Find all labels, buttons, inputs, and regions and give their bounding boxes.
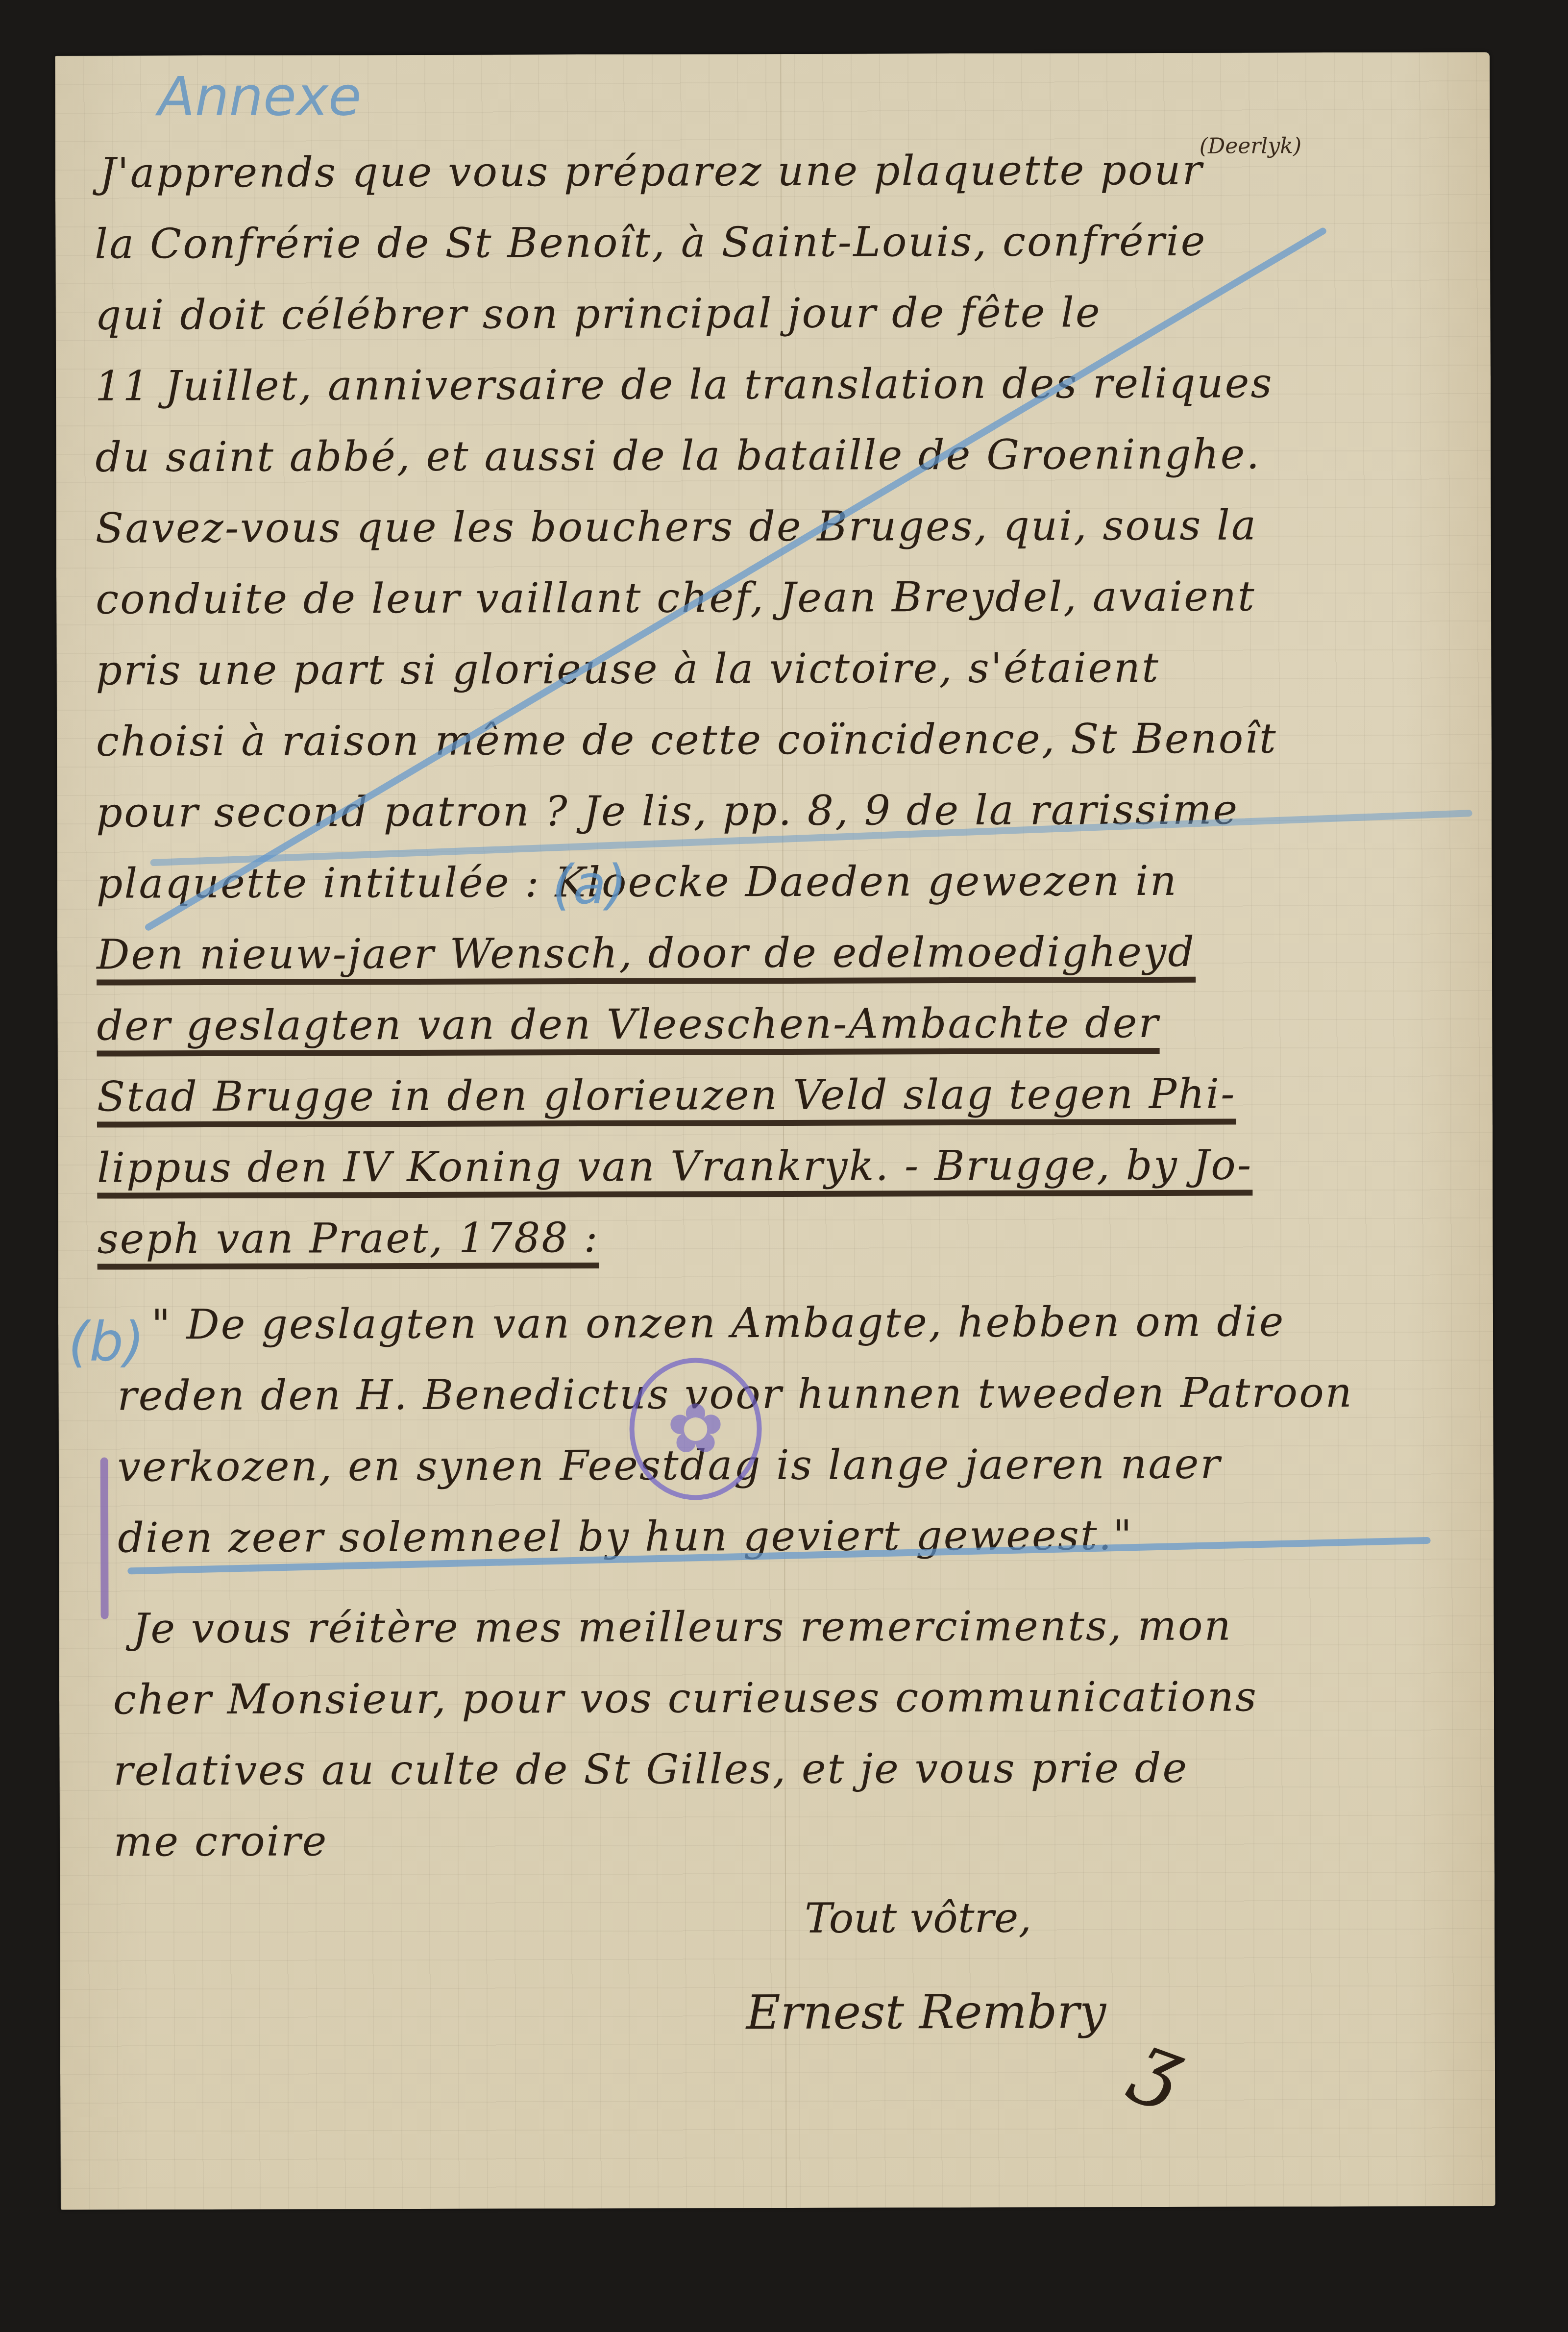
margin-mark-b: (b): [68, 1310, 145, 1373]
signature: Ernest Rembry: [746, 1984, 1106, 2040]
purple-margin-mark: [100, 1458, 109, 1619]
title-line-4: lippus den IV Koning van Vrankryk. - Bru…: [97, 1141, 1252, 1191]
interlinear-note: (Deerlyk): [1200, 133, 1301, 159]
title-line-2: der geslagten van den Vleeschen-Ambachte…: [97, 999, 1159, 1050]
valediction: Tout vôtre,: [805, 1894, 1031, 1942]
closing-line-3: relatives au culte de St Gilles, et je v…: [113, 1744, 1188, 1795]
margin-mark-a: (a): [552, 853, 628, 916]
annexe-annotation: Annexe: [158, 65, 361, 128]
letter-page: Annexe (Deerlyk) J'apprends que vous pré…: [55, 52, 1495, 2210]
closing-line-1: Je vous réitère mes meilleurs remercimen…: [133, 1602, 1232, 1653]
quote-line-1: " De geslagten van onzen Ambagte, hebben…: [151, 1297, 1285, 1348]
stamp-emblem-icon: ✿: [667, 1389, 725, 1469]
closing-line-4: me croire: [114, 1817, 328, 1865]
stamp-icon: ✿: [629, 1358, 762, 1500]
letter-line-3: qui doit célébrer son principal jour de …: [95, 288, 1102, 339]
letter-line-1: J'apprends que vous préparez une plaquet…: [99, 146, 1203, 197]
letter-line-9: choisi à raison même de cette coïncidenc…: [96, 714, 1277, 765]
letter-line-2: la Confrérie de St Benoît, à Saint-Louis…: [95, 217, 1206, 268]
title-line-5: seph van Praet, 1788 :: [97, 1214, 599, 1263]
letter-line-6: Savez-vous que les bouchers de Bruges, q…: [96, 501, 1257, 552]
letter-line-8: pris une part si glorieuse à la victoire…: [96, 644, 1160, 695]
signature-flourish: ʒ: [1124, 2013, 1197, 2115]
letter-line-5: du saint abbé, et aussi de la bataille d…: [95, 430, 1261, 481]
title-line-1: Den nieuw-jaer Wensch, door de edelmoedi…: [97, 928, 1196, 979]
closing-line-2: cher Monsieur, pour vos curieuses commun…: [113, 1672, 1258, 1723]
title-line-3: Stad Brugge in den glorieuzen Veld slag …: [97, 1070, 1236, 1121]
